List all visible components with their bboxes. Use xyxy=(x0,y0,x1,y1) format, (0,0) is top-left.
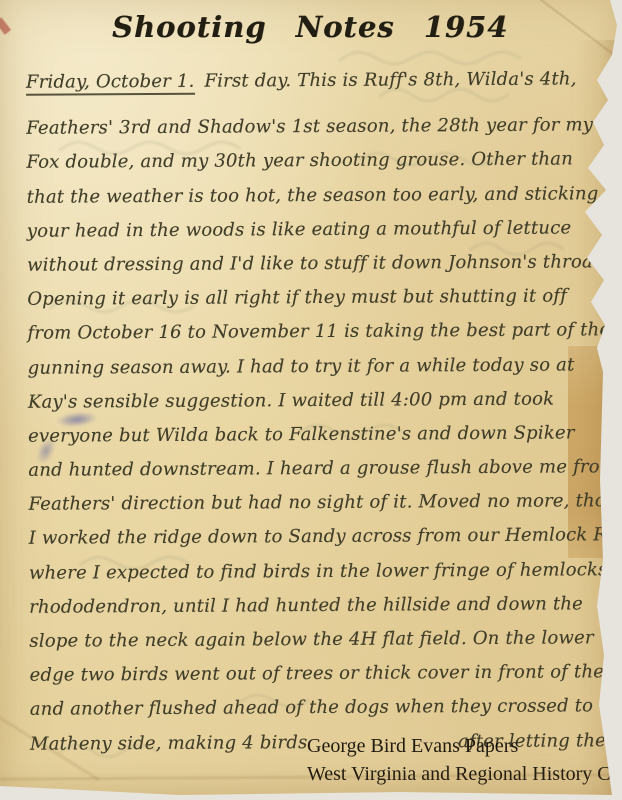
paper-sheet: Shooting Notes 1954 Friday, October 1.Fi… xyxy=(0,0,622,800)
handwriting-body: Feathers' 3rd and Shadow's 1st season, t… xyxy=(26,108,608,727)
handwritten-entry: Friday, October 1.First day. This is Ruf… xyxy=(26,62,608,761)
handwriting-line: from October 16 to November 11 is taking… xyxy=(27,314,605,352)
watermark-line: George Bird Evans Papers xyxy=(307,732,622,760)
handwriting-line: where I expected to find birds in the lo… xyxy=(29,553,607,591)
handwriting-line: Kay's sensible suggestion. I waited till… xyxy=(28,382,606,420)
handwriting-line: edge two birds went out of trees or thic… xyxy=(30,655,608,693)
handwriting-line: Friday, October 1.First day. This is Ruf… xyxy=(26,62,604,100)
handwriting-line: I worked the ridge down to Sandy across … xyxy=(29,519,607,557)
archive-watermark: George Bird Evans Papers West Virginia a… xyxy=(307,732,622,788)
handwriting-line: Opening it early is all right if they mu… xyxy=(27,279,605,317)
handwriting-line: and hunted downstream. I heard a grouse … xyxy=(28,450,606,488)
handwriting-line: without dressing and I'd like to stuff i… xyxy=(27,245,605,283)
handwriting-text: First day. This is Ruff's 8th, Wilda's 4… xyxy=(204,68,576,91)
handwriting-line: Fox double, and my 30th year shooting gr… xyxy=(26,143,604,181)
scanned-document-page: Shooting Notes 1954 Friday, October 1.Fi… xyxy=(0,0,622,800)
handwriting-line: Feathers' direction but had no sight of … xyxy=(28,484,606,522)
handwriting-line: everyone but Wilda back to Falkenstine's… xyxy=(28,416,606,454)
handwriting-text: Matheny side, making 4 birds xyxy=(30,732,308,755)
entry-date: Friday, October 1. xyxy=(26,71,195,96)
watermark-line: West Virginia and Regional History Cente… xyxy=(307,760,622,788)
handwriting-line: your head in the woods is like eating a … xyxy=(27,211,605,249)
handwriting-line: Feathers' 3rd and Shadow's 1st season, t… xyxy=(26,108,604,146)
handwriting-line: rhododendron, until I had hunted the hil… xyxy=(29,587,607,625)
handwriting-line: slope to the neck again below the 4H fla… xyxy=(29,621,607,659)
handwriting-line: gunning season away. I had to try it for… xyxy=(28,348,606,386)
page-title: Shooting Notes 1954 xyxy=(112,8,508,46)
handwriting-line: that the weather is too hot, the season … xyxy=(27,177,605,215)
handwriting-line: and another flushed ahead of the dogs wh… xyxy=(30,690,608,728)
